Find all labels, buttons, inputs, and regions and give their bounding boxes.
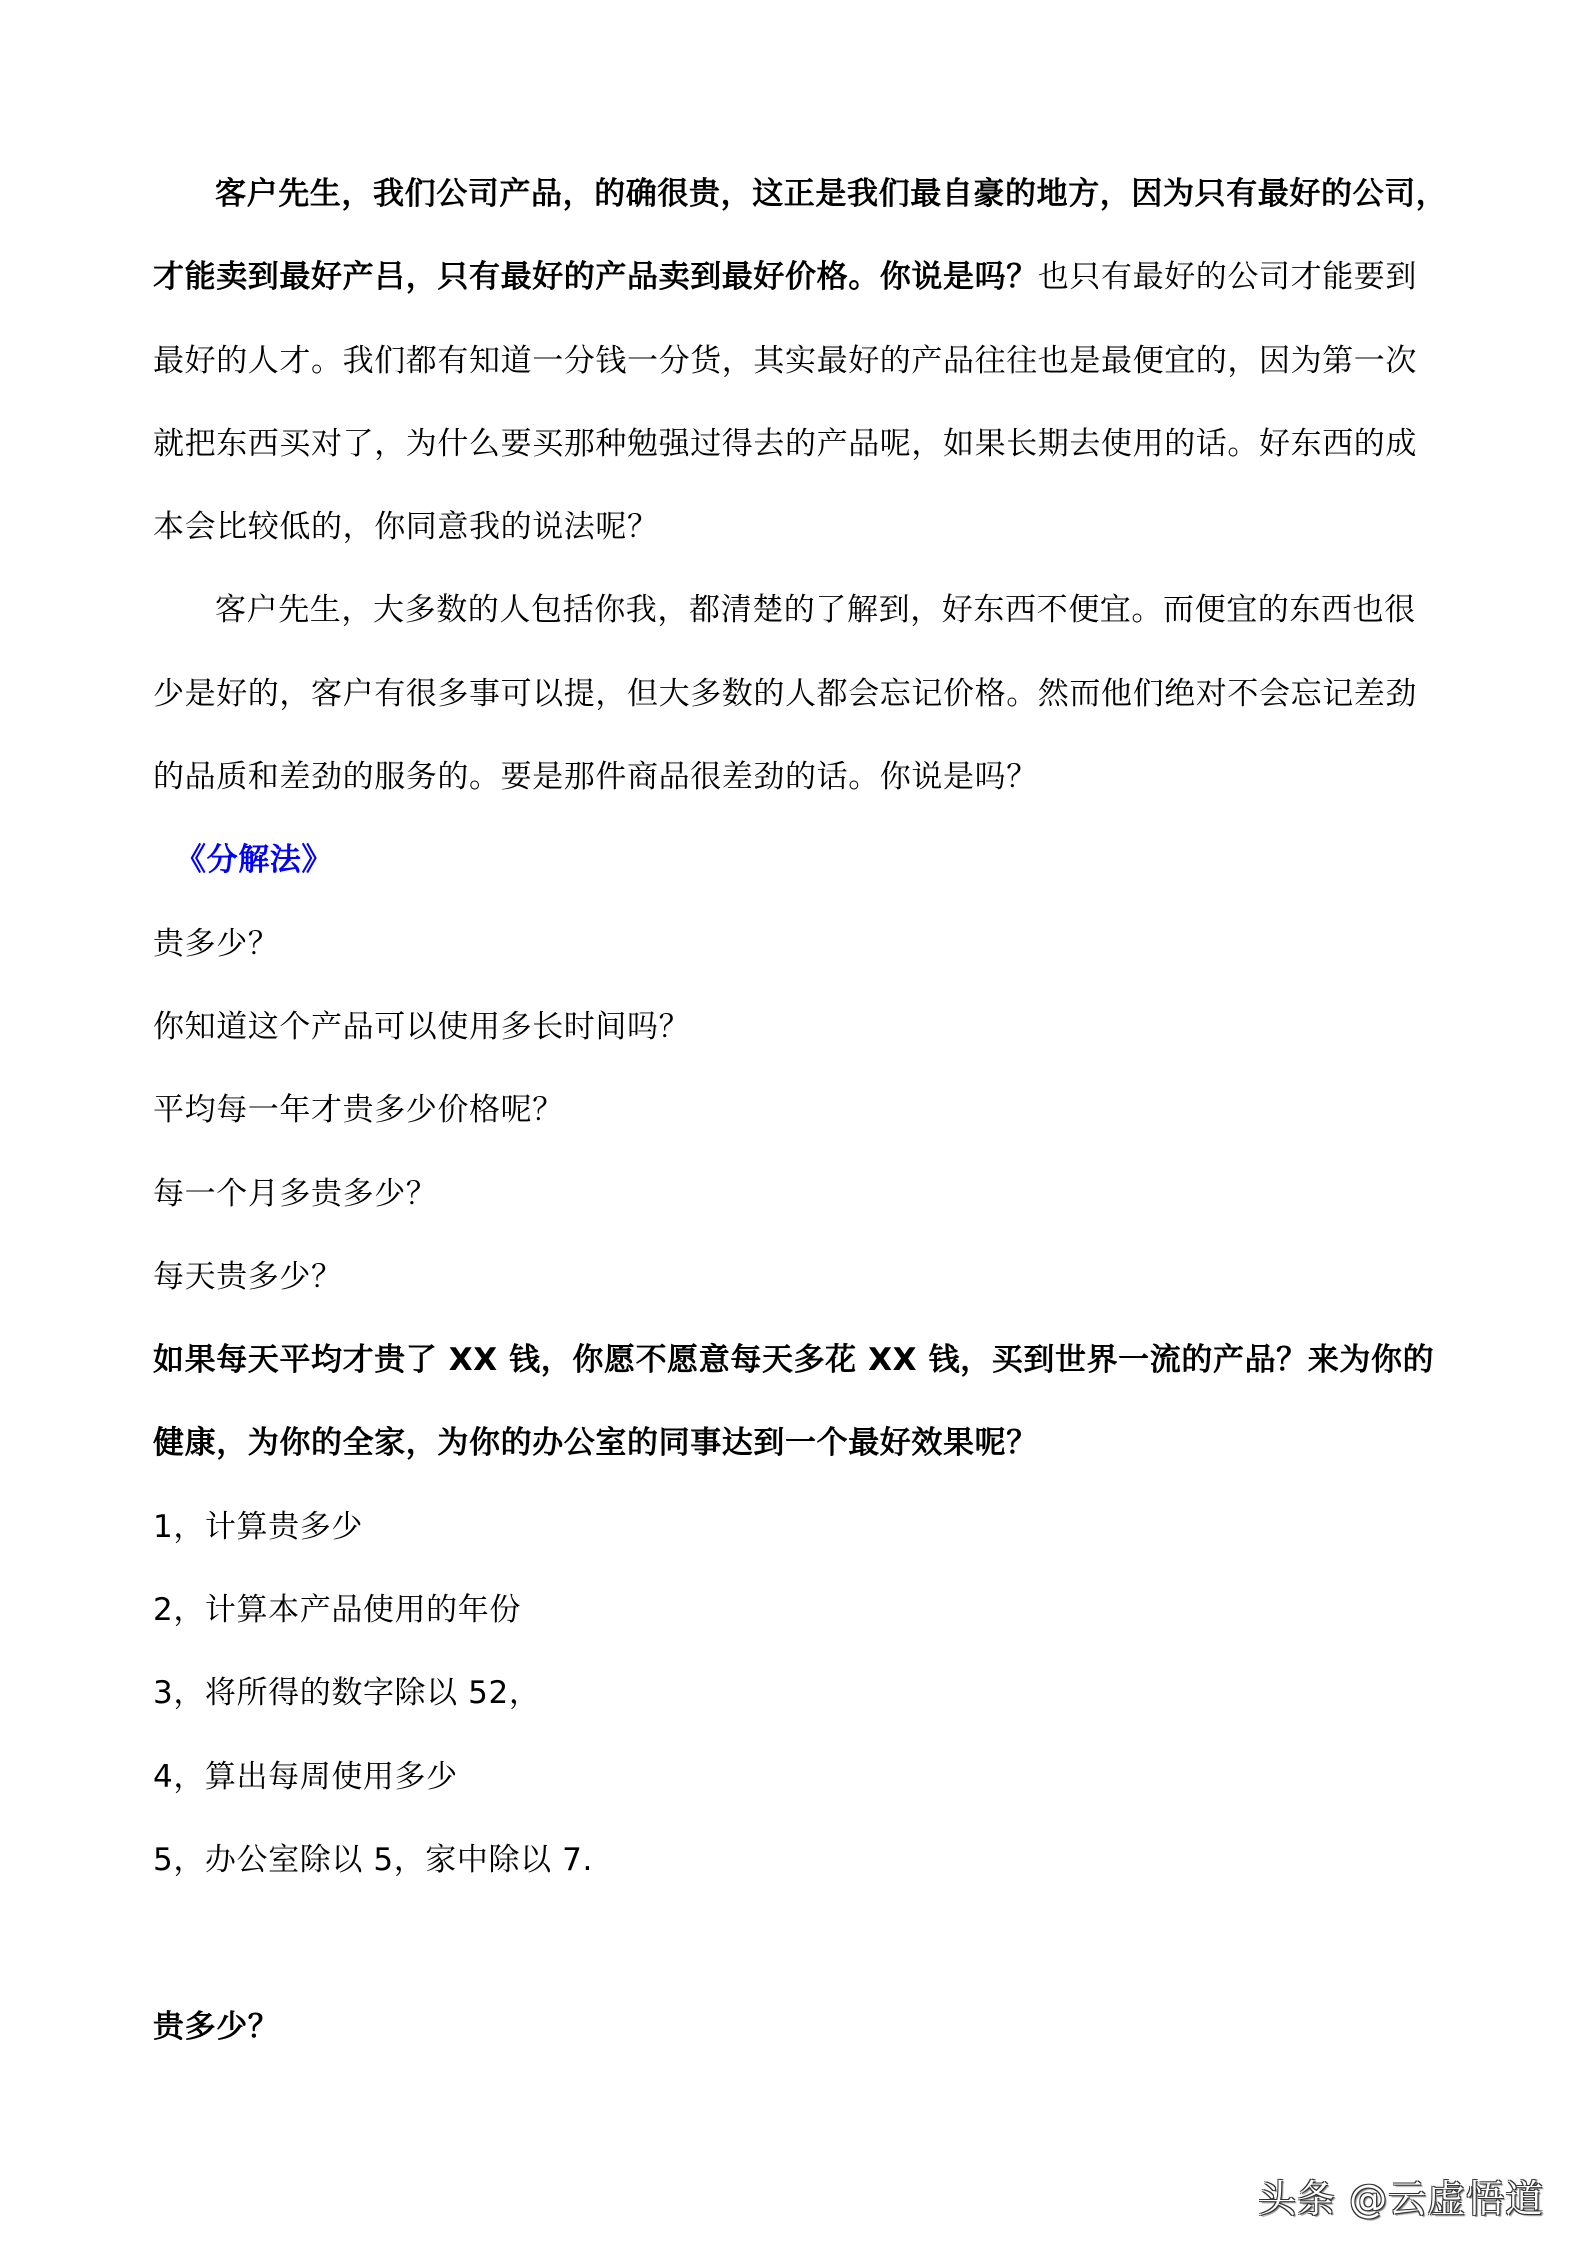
paragraph1-line2-bold: 才能卖到最好产吕，只有最好的产品卖到最好价格。你说是吗？ bbox=[153, 259, 1038, 295]
paragraph1-line1: 客户先生，我们公司产品，的确很贵，这正是我们最自豪的地方，因为只有最好的公司， bbox=[153, 153, 1453, 236]
blank-line bbox=[153, 1902, 1453, 1985]
bold-pitch-line2: 健康，为你的全家，为你的办公室的同事达到一个最好效果呢？ bbox=[153, 1402, 1453, 1485]
paragraph1-line2-normal: 也只有最好的公司才能要到 bbox=[1038, 259, 1417, 295]
paragraph1-line2: 才能卖到最好产吕，只有最好的产品卖到最好价格。你说是吗？也只有最好的公司才能要到 bbox=[153, 236, 1453, 319]
paragraph2-line1: 客户先生，大多数的人包括你我，都清楚的了解到，好东西不便宜。而便宜的东西也很 bbox=[153, 569, 1453, 652]
step-item: 3，将所得的数字除以 52， bbox=[153, 1652, 1453, 1735]
step-item: 2，计算本产品使用的年份 bbox=[153, 1569, 1453, 1652]
paragraph1-line5: 本会比较低的，你同意我的说法呢？ bbox=[153, 486, 1453, 569]
question-item: 平均每一年才贵多少价格呢？ bbox=[153, 1069, 1453, 1152]
section-heading: 《分解法》 bbox=[153, 819, 1453, 902]
question-item: 每一个月多贵多少？ bbox=[153, 1153, 1453, 1236]
step-item: 4，算出每周使用多少 bbox=[153, 1736, 1453, 1819]
question-item: 每天贵多少？ bbox=[153, 1236, 1453, 1319]
paragraph1-line3: 最好的人才。我们都有知道一分钱一分货，其实最好的产品往往也是最便宜的，因为第一次 bbox=[153, 320, 1453, 403]
paragraph2-line3: 的品质和差劲的服务的。要是那件商品很差劲的话。你说是吗？ bbox=[153, 736, 1453, 819]
closing-question: 贵多少？ bbox=[153, 1986, 1453, 2069]
paragraph1-line4: 就把东西买对了，为什么要买那种勉强过得去的产品呢，如果长期去使用的话。好东西的成 bbox=[153, 403, 1453, 486]
step-item: 1，计算贵多少 bbox=[153, 1486, 1453, 1569]
paragraph2-line2: 少是好的，客户有很多事可以提，但大多数的人都会忘记价格。然而他们绝对不会忘记差劲 bbox=[153, 653, 1453, 736]
watermark: 头条 @云虚悟道 bbox=[1258, 2168, 1544, 2223]
step-item: 5，办公室除以 5，家中除以 7. bbox=[153, 1819, 1453, 1902]
bold-pitch-line1: 如果每天平均才贵了 XX 钱，你愿不愿意每天多花 XX 钱，买到世界一流的产品？… bbox=[153, 1319, 1453, 1402]
question-item: 你知道这个产品可以使用多长时间吗？ bbox=[153, 986, 1453, 1069]
document-page: 客户先生，我们公司产品，的确很贵，这正是我们最自豪的地方，因为只有最好的公司， … bbox=[153, 153, 1453, 2069]
question-item: 贵多少？ bbox=[153, 903, 1453, 986]
